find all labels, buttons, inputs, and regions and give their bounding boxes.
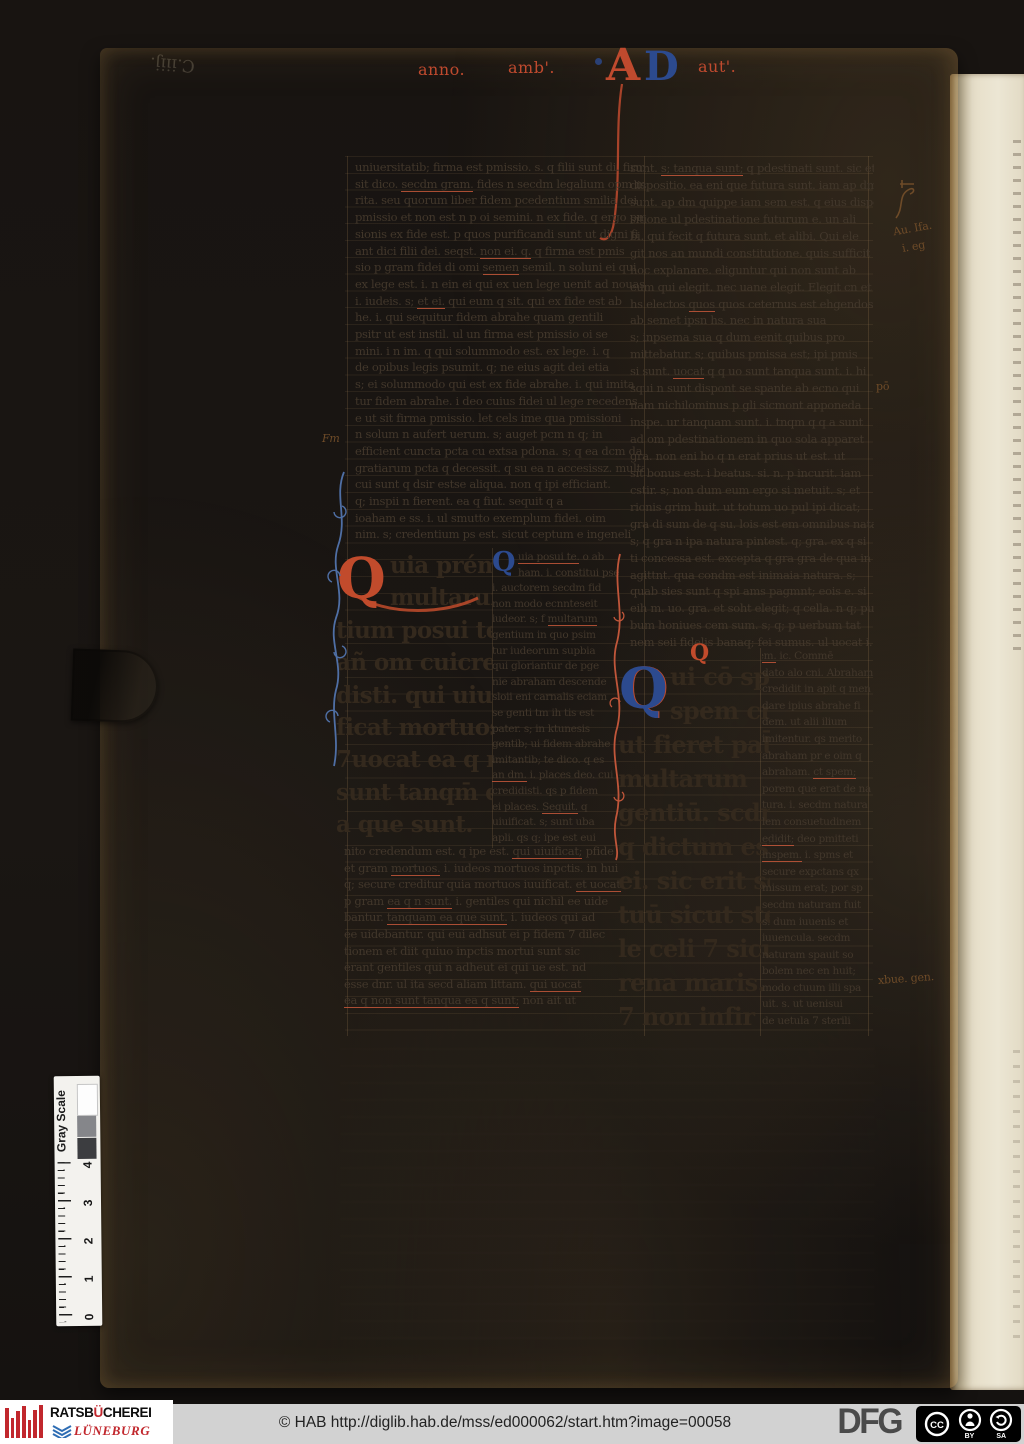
grayscale-label: Gray Scale bbox=[54, 1080, 77, 1162]
small-initial-red-Q: Q bbox=[690, 642, 709, 664]
grayscale-ruler-ticks bbox=[58, 1162, 74, 1322]
library-name-bottom: LÜNEBURG bbox=[74, 1423, 150, 1439]
svg-text:CC: CC bbox=[930, 1420, 944, 1431]
copyright-url-text: © HAB http://diglib.hab.de/mss/ed000062/… bbox=[210, 1414, 800, 1432]
cc-icon: CC bbox=[924, 1411, 950, 1437]
blue-paraph-mark bbox=[595, 58, 602, 65]
margin-pen-doodle bbox=[890, 178, 920, 222]
running-header-mid: amb'. bbox=[508, 58, 555, 77]
cc-license-badge: CC BY SA bbox=[916, 1406, 1021, 1442]
footer-bar: RATSBÜCHEREI LÜNEBURG © HAB http://digli… bbox=[0, 1404, 1024, 1444]
running-header-left: anno. bbox=[418, 60, 465, 79]
next-page-text-bleed bbox=[1013, 140, 1021, 660]
grayscale-ruler-numbers: 43210 bbox=[79, 1154, 99, 1324]
digitized-manuscript-photo: C.iiij. anno. amb'. A D aut'. uniuersita… bbox=[0, 0, 1024, 1444]
running-header-right: aut'. bbox=[698, 57, 736, 76]
blue-marginal-flourish bbox=[314, 466, 356, 774]
ink-bleedthrough bbox=[340, 1048, 875, 1348]
red-initial-tail-swash bbox=[352, 592, 482, 618]
running-title-initial-blue: D bbox=[644, 47, 679, 87]
corner-shelfmark-faint: C.iiij. bbox=[149, 52, 195, 75]
gloss-column-top-right: sunt. s; tanqua sunt; q pdestinati sunt.… bbox=[630, 160, 874, 654]
library-logo-bars-icon bbox=[4, 1404, 48, 1440]
page-holder-clip bbox=[71, 649, 159, 724]
cc-by-icon: BY bbox=[958, 1408, 982, 1440]
gloss-block-bottom-left: nito credendum est. q ipe est. qui uiuif… bbox=[344, 843, 644, 1013]
small-initial-blue-Q: Q bbox=[492, 549, 516, 576]
open-book-icon bbox=[52, 1424, 72, 1438]
next-page-text-bleed-lower bbox=[1013, 1050, 1020, 1350]
dfg-logo: DFG bbox=[837, 1402, 901, 1442]
margin-note-right-mid: pō bbox=[876, 380, 889, 393]
margin-note-left: Fm bbox=[322, 432, 340, 445]
library-logo-block: RATSBÜCHEREI LÜNEBURG bbox=[0, 1400, 173, 1444]
grayscale-patch-white bbox=[77, 1084, 98, 1116]
cc-sa-icon: SA bbox=[989, 1408, 1013, 1440]
grayscale-patch-mid bbox=[77, 1116, 96, 1137]
red-column-flourish bbox=[600, 552, 636, 862]
library-name-top: RATSBÜCHEREI bbox=[50, 1405, 151, 1420]
gloss-column-top-left: uniuersitatib; firma est pmissio. s. q f… bbox=[355, 159, 645, 547]
grayscale-calibration-card: Gray Scale 43210 bbox=[54, 1076, 103, 1326]
